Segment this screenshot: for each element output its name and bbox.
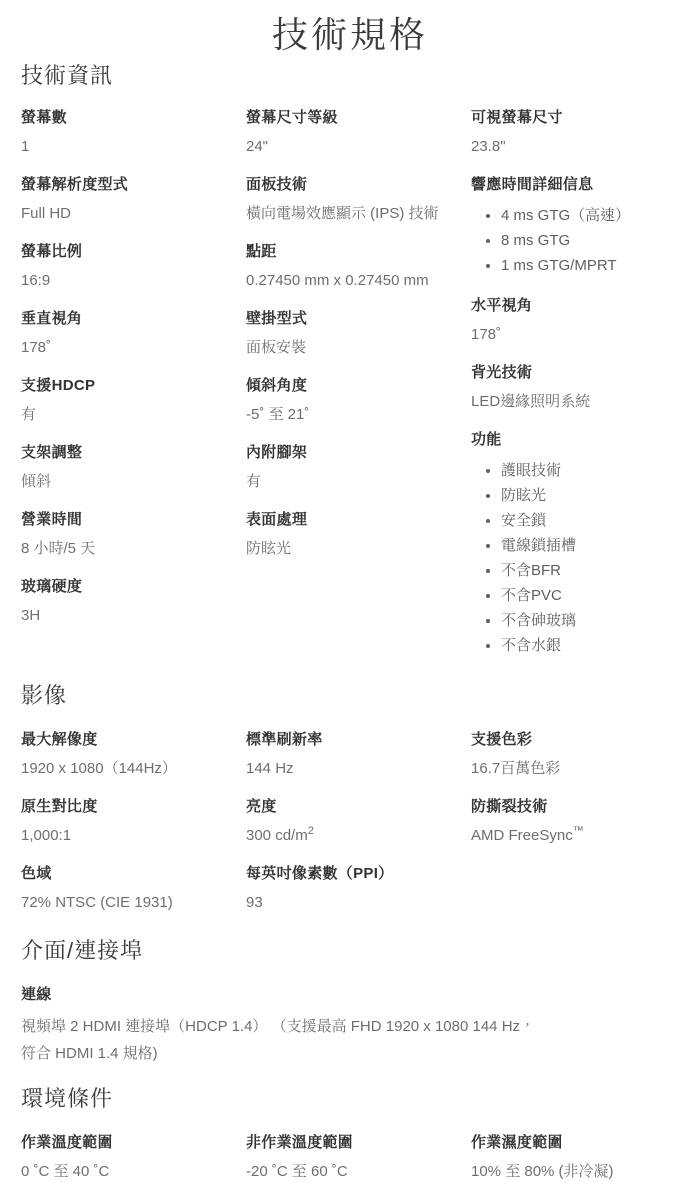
spec-item-hdcp-support: 支援HDCP 有 xyxy=(21,376,234,425)
spec-value: 防眩光 xyxy=(246,538,459,559)
spec-value: -5˚ 至 21˚ xyxy=(246,404,459,425)
spec-label: 螢幕尺寸等級 xyxy=(246,108,459,128)
spec-value: 1920 x 1080（144Hz） xyxy=(21,758,234,779)
spec-item-ppi: 每英吋像素數（PPI） 93 xyxy=(246,864,459,913)
spec-item-operating-humidity: 作業濕度範圍 10% 至 80% (非冷凝) xyxy=(471,1133,679,1182)
spec-item-connection: 連線 視頻埠 2 HDMI 連接埠（HDCP 1.4） （支援最高 FHD 19… xyxy=(21,985,679,1067)
spec-value: 0 ˚C 至 40 ˚C xyxy=(21,1161,234,1182)
spec-item-non-operating-temp: 非作業溫度範圍 -20 ˚C 至 60 ˚C xyxy=(246,1133,459,1182)
spec-item-aspect-ratio: 螢幕比例 16:9 xyxy=(21,242,234,291)
spec-item-native-contrast: 原生對比度 1,000:1 xyxy=(21,797,234,846)
spec-label: 螢幕數 xyxy=(21,108,234,128)
spec-column-3: 作業濕度範圍 10% 至 80% (非冷凝) xyxy=(471,1133,679,1200)
spec-item-stand-included: 內附腳架 有 xyxy=(246,443,459,492)
spec-value: 視頻埠 2 HDMI 連接埠（HDCP 1.4） （支援最高 FHD 1920 … xyxy=(21,1013,661,1067)
spec-label: 響應時間詳細信息 xyxy=(471,175,679,195)
spec-value: 8 小時/5 天 xyxy=(21,538,234,559)
spec-item-horizontal-viewing-angle: 水平視角 178˚ xyxy=(471,296,679,345)
spec-label: 點距 xyxy=(246,242,459,262)
spec-column-3: 可視螢幕尺寸 23.8" 響應時間詳細信息 4 ms GTG（高速） 8 ms … xyxy=(471,108,679,676)
section-video: 影像 最大解像度 1920 x 1080（144Hz） 原生對比度 1,000:… xyxy=(21,682,679,931)
spec-item-viewable-size: 可視螢幕尺寸 23.8" xyxy=(471,108,679,157)
spec-value-superscript: ™ xyxy=(573,825,584,837)
spec-value: 有 xyxy=(246,471,459,492)
spec-label: 色域 xyxy=(21,864,234,884)
spec-item-color-gamut: 色域 72% NTSC (CIE 1931) xyxy=(21,864,234,913)
spec-label: 水平視角 xyxy=(471,296,679,316)
spec-item-backlight-tech: 背光技術 LED邊緣照明系統 xyxy=(471,363,679,412)
spec-item-wall-mount: 壁掛型式 面板安裝 xyxy=(246,309,459,358)
spec-label: 垂直視角 xyxy=(21,309,234,329)
spec-value: 1,000:1 xyxy=(21,825,234,846)
spec-item-pixel-pitch: 點距 0.27450 mm x 0.27450 mm xyxy=(246,242,459,291)
spec-column-2: 標準刷新率 144 Hz 亮度 300 cd/m2 每英吋像素數（PPI） 93 xyxy=(246,730,471,931)
spec-item-anti-tearing: 防撕裂技術 AMD FreeSync™ xyxy=(471,797,679,846)
spec-bullet: 安全鎖 xyxy=(501,508,679,533)
spec-value: Full HD xyxy=(21,203,234,224)
spec-bullet-list: 4 ms GTG（高速） 8 ms GTG 1 ms GTG/MPRT xyxy=(471,203,679,278)
spec-label: 可視螢幕尺寸 xyxy=(471,108,679,128)
spec-grid-tech-info: 螢幕數 1 螢幕解析度型式 Full HD 螢幕比例 16:9 垂直視角 178… xyxy=(21,108,679,676)
spec-bullet: 不含BFR xyxy=(501,558,679,583)
spec-value: 178˚ xyxy=(471,324,679,345)
spec-bullet: 護眼技術 xyxy=(501,458,679,483)
spec-bullet-list: 護眼技術 防眩光 安全鎖 電線鎖插槽 不含BFR 不含PVC 不含砷玻璃 不含水… xyxy=(471,458,679,658)
spec-label: 玻璃硬度 xyxy=(21,577,234,597)
spec-item-screen-size-class: 螢幕尺寸等級 24" xyxy=(246,108,459,157)
spec-value: 16.7百萬色彩 xyxy=(471,758,679,779)
spec-page: 技術規格 技術資訊 螢幕數 1 螢幕解析度型式 Full HD 螢幕比例 16:… xyxy=(0,0,700,1200)
spec-label: 壁掛型式 xyxy=(246,309,459,329)
spec-bullet: 不含水銀 xyxy=(501,633,679,658)
spec-label: 功能 xyxy=(471,430,679,450)
spec-column-3: 支援色彩 16.7百萬色彩 防撕裂技術 AMD FreeSync™ xyxy=(471,730,679,864)
section-heading-video: 影像 xyxy=(21,682,679,710)
spec-value: 橫向電場效應顯示 (IPS) 技術 xyxy=(246,203,459,224)
spec-value: 傾斜 xyxy=(21,471,234,492)
spec-label: 支架調整 xyxy=(21,443,234,463)
spec-item-on-time: 營業時間 8 小時/5 天 xyxy=(21,510,234,559)
section-environment: 環境條件 作業溫度範圍 0 ˚C 至 40 ˚C 非作業溫度範圍 -20 ˚C … xyxy=(21,1085,679,1200)
spec-label: 內附腳架 xyxy=(246,443,459,463)
spec-value: AMD FreeSync™ xyxy=(471,825,679,846)
spec-item-resolution-type: 螢幕解析度型式 Full HD xyxy=(21,175,234,224)
spec-value: 0.27450 mm x 0.27450 mm xyxy=(246,270,459,291)
spec-value: -20 ˚C 至 60 ˚C xyxy=(246,1161,459,1182)
spec-label: 背光技術 xyxy=(471,363,679,383)
spec-item-features: 功能 護眼技術 防眩光 安全鎖 電線鎖插槽 不含BFR 不含PVC 不含砷玻璃 … xyxy=(471,430,679,658)
spec-label: 支援色彩 xyxy=(471,730,679,750)
spec-bullet: 不含PVC xyxy=(501,583,679,608)
spec-column-1: 螢幕數 1 螢幕解析度型式 Full HD 螢幕比例 16:9 垂直視角 178… xyxy=(21,108,246,644)
spec-item-panel-tech: 面板技術 橫向電場效應顯示 (IPS) 技術 xyxy=(246,175,459,224)
spec-label: 面板技術 xyxy=(246,175,459,195)
spec-label: 連線 xyxy=(21,985,679,1005)
spec-column-1: 最大解像度 1920 x 1080（144Hz） 原生對比度 1,000:1 色… xyxy=(21,730,246,931)
spec-label: 原生對比度 xyxy=(21,797,234,817)
spec-label: 亮度 xyxy=(246,797,459,817)
section-tech-info: 技術資訊 螢幕數 1 螢幕解析度型式 Full HD 螢幕比例 16:9 垂直視… xyxy=(21,62,679,676)
spec-value: 3H xyxy=(21,605,234,626)
spec-label: 作業濕度範圍 xyxy=(471,1133,679,1153)
spec-value: 93 xyxy=(246,892,459,913)
spec-value-superscript: 2 xyxy=(308,825,314,837)
spec-label: 螢幕解析度型式 xyxy=(21,175,234,195)
spec-item-refresh-rate: 標準刷新率 144 Hz xyxy=(246,730,459,779)
spec-item-tilt-angle: 傾斜角度 -5˚ 至 21˚ xyxy=(246,376,459,425)
spec-label: 螢幕比例 xyxy=(21,242,234,262)
spec-value: 16:9 xyxy=(21,270,234,291)
spec-value: 1 xyxy=(21,136,234,157)
spec-bullet: 8 ms GTG xyxy=(501,228,679,253)
spec-item-response-time: 響應時間詳細信息 4 ms GTG（高速） 8 ms GTG 1 ms GTG/… xyxy=(471,175,679,278)
spec-value: 面板安裝 xyxy=(246,337,459,358)
spec-label: 最大解像度 xyxy=(21,730,234,750)
spec-column-2: 非作業溫度範圍 -20 ˚C 至 60 ˚C xyxy=(246,1133,471,1200)
spec-item-max-resolution: 最大解像度 1920 x 1080（144Hz） xyxy=(21,730,234,779)
spec-value: 24" xyxy=(246,136,459,157)
spec-item-brightness: 亮度 300 cd/m2 xyxy=(246,797,459,846)
spec-column-2: 螢幕尺寸等級 24" 面板技術 橫向電場效應顯示 (IPS) 技術 點距 0.2… xyxy=(246,108,471,577)
spec-item-color-support: 支援色彩 16.7百萬色彩 xyxy=(471,730,679,779)
spec-bullet: 不含砷玻璃 xyxy=(501,608,679,633)
spec-label: 每英吋像素數（PPI） xyxy=(246,864,459,884)
spec-value: 144 Hz xyxy=(246,758,459,779)
spec-label: 表面處理 xyxy=(246,510,459,530)
spec-grid-environment: 作業溫度範圍 0 ˚C 至 40 ˚C 非作業溫度範圍 -20 ˚C 至 60 … xyxy=(21,1133,679,1200)
spec-label: 防撕裂技術 xyxy=(471,797,679,817)
spec-item-screen-count: 螢幕數 1 xyxy=(21,108,234,157)
spec-label: 營業時間 xyxy=(21,510,234,530)
spec-value: 178˚ xyxy=(21,337,234,358)
spec-value: 23.8" xyxy=(471,136,679,157)
spec-value: LED邊緣照明系統 xyxy=(471,391,679,412)
spec-bullet: 4 ms GTG（高速） xyxy=(501,203,679,228)
spec-label: 支援HDCP xyxy=(21,376,234,396)
spec-label: 傾斜角度 xyxy=(246,376,459,396)
spec-grid-video: 最大解像度 1920 x 1080（144Hz） 原生對比度 1,000:1 色… xyxy=(21,730,679,931)
spec-item-glass-hardness: 玻璃硬度 3H xyxy=(21,577,234,626)
spec-item-stand-adjust: 支架調整 傾斜 xyxy=(21,443,234,492)
spec-column-1: 作業溫度範圍 0 ˚C 至 40 ˚C xyxy=(21,1133,246,1200)
spec-label: 作業溫度範圍 xyxy=(21,1133,234,1153)
spec-value: 300 cd/m2 xyxy=(246,825,459,846)
spec-bullet: 電線鎖插槽 xyxy=(501,533,679,558)
spec-item-surface-treatment: 表面處理 防眩光 xyxy=(246,510,459,559)
spec-value: 72% NTSC (CIE 1931) xyxy=(21,892,234,913)
section-heading-connectivity: 介面/連接埠 xyxy=(21,937,679,965)
spec-value-text: AMD FreeSync xyxy=(471,827,573,844)
spec-value-text: 300 cd/m xyxy=(246,827,308,844)
spec-bullet: 1 ms GTG/MPRT xyxy=(501,253,679,278)
spec-item-operating-temp: 作業溫度範圍 0 ˚C 至 40 ˚C xyxy=(21,1133,234,1182)
section-heading-tech-info: 技術資訊 xyxy=(21,62,679,90)
spec-value: 10% 至 80% (非冷凝) xyxy=(471,1161,679,1182)
spec-item-vertical-viewing-angle: 垂直視角 178˚ xyxy=(21,309,234,358)
page-title: 技術規格 xyxy=(21,12,679,58)
spec-label: 標準刷新率 xyxy=(246,730,459,750)
section-heading-environment: 環境條件 xyxy=(21,1085,679,1113)
spec-value: 有 xyxy=(21,404,234,425)
spec-bullet: 防眩光 xyxy=(501,483,679,508)
section-connectivity: 介面/連接埠 連線 視頻埠 2 HDMI 連接埠（HDCP 1.4） （支援最高… xyxy=(21,937,679,1067)
spec-label: 非作業溫度範圍 xyxy=(246,1133,459,1153)
